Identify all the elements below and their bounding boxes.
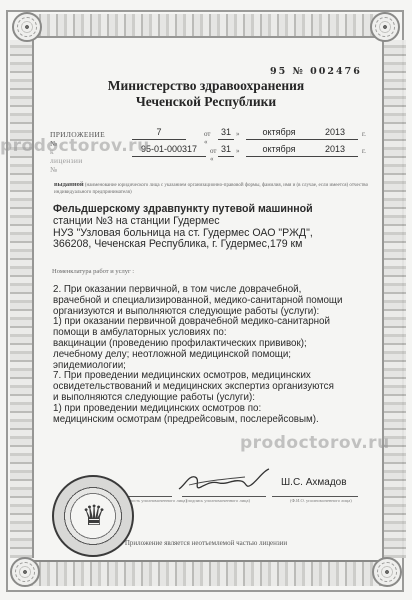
license-year: 2013 [312, 144, 358, 157]
watermark-right: prodoctorov.ru [240, 433, 390, 453]
appendix-day: 31 [218, 127, 234, 140]
license-day-close: » [236, 147, 240, 155]
appendix-day-close: » [236, 130, 240, 138]
appendix-month: октября [246, 127, 312, 140]
license-day: 31 [218, 144, 234, 157]
issuer-title-line2: Чеченской Республики [0, 94, 412, 110]
services-list: 2. При оказании первичной, в том числе д… [53, 285, 383, 425]
signature-hint: (подпись уполномоченного лица) [186, 498, 250, 503]
document-content: 95 № 002476 Министерство здравоохранения… [0, 0, 412, 600]
watermark-left: prodoctorov.ru [0, 136, 150, 156]
double-headed-eagle-icon: ♛ [77, 498, 111, 534]
appendix-year-suffix: г. [362, 130, 366, 138]
name-hint: (Ф.И.О. уполномоченного лица) [290, 498, 352, 503]
handwritten-signature-icon [175, 467, 275, 495]
serial-number: 95 № 002476 [270, 66, 362, 77]
issued-hint: (наименование юридического лица с указан… [54, 183, 368, 195]
issuer-title-line1: Министерство здравоохранения [0, 78, 412, 94]
issued-label: выданной [54, 181, 84, 188]
license-month: октября [246, 144, 312, 157]
issued-to-caption: выданной (наименование юридического лица… [54, 181, 374, 196]
organization-line: 366208, Чеченская Республика, г. Гудерме… [53, 239, 383, 251]
service-line: лечебному делу; неотложной медицинской п… [53, 350, 383, 361]
license-from-label: от « [210, 147, 216, 163]
signatory-name: Ш.С. Ахмадов [281, 477, 347, 488]
organization-line: станции №3 на станции Гудермес [53, 216, 383, 228]
name-line [272, 495, 358, 497]
nomenclature-label: Номенклатура работ и услуг : [52, 268, 134, 275]
appendix-year: 2013 [312, 127, 358, 140]
organization-block: Фельдшерскому здравпункту путевой машинн… [53, 204, 383, 251]
signature-line [182, 495, 266, 497]
service-line: врачебной и специализированной, медико-с… [53, 296, 383, 307]
service-line: медицинским осмотрам (предрейсовым, посл… [53, 415, 383, 426]
service-line: 1) при проведении медицинских осмотров п… [53, 404, 383, 415]
footer-note: Приложение является неотъемлемой частью … [0, 539, 412, 547]
license-year-suffix: г. [362, 147, 366, 155]
